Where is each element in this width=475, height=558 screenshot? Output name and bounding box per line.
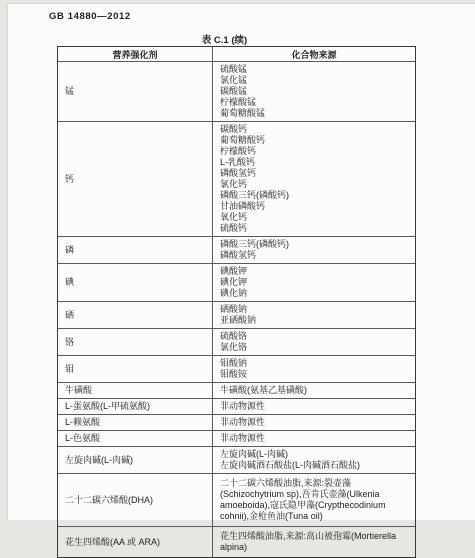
sources-cell: 非动物源性 <box>213 399 415 414</box>
standard-number: GB 14880—2012 <box>49 11 131 22</box>
table-row: 碘碘酸钾碘化钾碘化钠 <box>58 263 415 301</box>
table-row: 牛磺酸牛磺酸(氨基乙基磺酸) <box>58 382 415 398</box>
fortifier-cell: 碘 <box>58 264 213 301</box>
table-body: 锰硫酸锰氯化锰碳酸锰柠檬酸锰葡萄糖酸锰钙碳酸钙葡萄糖酸钙柠檬酸钙L-乳酸钙磷酸氢… <box>58 61 415 520</box>
sources-cell: 硒酸钠亚硒酸钠 <box>213 302 415 328</box>
source-line: 磷酸氢钙 <box>220 168 407 179</box>
source-line: 非动物源性 <box>220 401 407 412</box>
fortifier-cell: L-蛋氨酸(L-甲硫氨酸) <box>58 399 213 414</box>
sources-cell: 二十二碳六烯酸油脂,来源:裂壶藻(Schizochytrium sp),吾肯氏壶… <box>213 474 415 520</box>
sources-cell: 磷酸三钙(磷酸钙)磷酸氢钙 <box>213 237 415 263</box>
table-header-row: 营养强化剂 化合物来源 <box>58 47 415 61</box>
sources-cell: 碳酸钙葡萄糖酸钙柠檬酸钙L-乳酸钙磷酸氢钙氯化钙磷酸三钙(磷酸钙)甘油磷酸钙氧化… <box>213 122 415 236</box>
table-row: 左旋肉碱(L-肉碱)左旋肉碱(L-肉碱)左旋肉碱酒石酸盐(L-肉碱酒石酸盐) <box>58 446 415 473</box>
source-line: 磷酸氢钙 <box>220 250 407 261</box>
table-row: 钙碳酸钙葡萄糖酸钙柠檬酸钙L-乳酸钙磷酸氢钙氯化钙磷酸三钙(磷酸钙)甘油磷酸钙氧… <box>58 121 415 236</box>
compound-source-table: 营养强化剂 化合物来源 锰硫酸锰氯化锰碳酸锰柠檬酸锰葡萄糖酸锰钙碳酸钙葡萄糖酸钙… <box>57 46 416 520</box>
table-row: 铬硫酸铬氯化铬 <box>58 328 415 355</box>
sources-cell: 碘酸钾碘化钾碘化钠 <box>213 264 415 301</box>
header-fortifier: 营养强化剂 <box>58 47 213 61</box>
fortifier-cell: 钼 <box>58 356 213 382</box>
table-row: 锰硫酸锰氯化锰碳酸锰柠檬酸锰葡萄糖酸锰 <box>58 61 415 121</box>
source-line: 左旋肉碱酒石酸盐(L-肉碱酒石酸盐) <box>220 460 407 471</box>
table-row: 二十二碳六烯酸(DHA)二十二碳六烯酸油脂,来源:裂壶藻(Schizochytr… <box>58 473 415 520</box>
source-line: 牛磺酸(氨基乙基磺酸) <box>220 385 407 396</box>
table-row: 磷磷酸三钙(磷酸钙)磷酸氢钙 <box>58 236 415 263</box>
header-compound-source: 化合物来源 <box>213 47 415 61</box>
source-line: 亚硒酸钠 <box>220 315 407 326</box>
source-line: 左旋肉碱(L-肉碱) <box>220 449 407 460</box>
fortifier-cell: 左旋肉碱(L-肉碱) <box>58 447 213 473</box>
source-line: 氯化钙 <box>220 179 407 190</box>
source-line: 葡萄糖酸锰 <box>220 108 407 119</box>
source-line: 二十二碳六烯酸油脂,来源:裂壶藻(Schizochytrium sp),吾肯氏壶… <box>220 478 407 520</box>
source-line: 硫酸钙 <box>220 223 407 234</box>
table-row: L-蛋氨酸(L-甲硫氨酸)非动物源性 <box>58 398 415 414</box>
source-line: 柠檬酸钙 <box>220 146 407 157</box>
sources-cell: 非动物源性 <box>213 415 415 430</box>
fortifier-cell: 牛磺酸 <box>58 383 213 398</box>
fortifier-cell: 硒 <box>58 302 213 328</box>
sources-cell: 左旋肉碱(L-肉碱)左旋肉碱酒石酸盐(L-肉碱酒石酸盐) <box>213 447 415 473</box>
scanned-page: GB 14880—2012 表 C.1 (续) 营养强化剂 化合物来源 锰硫酸锰… <box>7 3 475 520</box>
source-line: 非动物源性 <box>220 417 407 428</box>
sources-cell: 钼酸钠钼酸铵 <box>213 356 415 382</box>
fortifier-cell: 铬 <box>58 329 213 355</box>
table-row: 钼钼酸钠钼酸铵 <box>58 355 415 382</box>
sources-cell: 非动物源性 <box>213 431 415 446</box>
fortifier-cell: 磷 <box>58 237 213 263</box>
fortifier-cell: L-色氨酸 <box>58 431 213 446</box>
sources-cell: 硫酸铬氯化铬 <box>213 329 415 355</box>
source-line: 磷酸三钙(磷酸钙) <box>220 239 407 250</box>
source-line: 硒酸钠 <box>220 304 407 315</box>
table-caption: 表 C.1 (续) <box>57 32 416 46</box>
source-line: 氧化钙 <box>220 212 407 223</box>
table-row: 硒硒酸钠亚硒酸钠 <box>58 301 415 328</box>
source-line: 碘化钾 <box>220 277 407 288</box>
source-line: 磷酸三钙(磷酸钙) <box>220 190 407 201</box>
source-line: 柠檬酸锰 <box>220 97 407 108</box>
fortifier-cell: L-赖氨酸 <box>58 415 213 430</box>
source-line: 钼酸钠 <box>220 358 407 369</box>
source-line: 甘油磷酸钙 <box>220 201 407 212</box>
sources-cell: 牛磺酸(氨基乙基磺酸) <box>213 383 415 398</box>
source-line: 碳酸钙 <box>220 124 407 135</box>
source-line: 碳酸锰 <box>220 86 407 97</box>
fortifier-cell: 二十二碳六烯酸(DHA) <box>58 474 213 520</box>
source-line: 碘酸钾 <box>220 266 407 277</box>
table-row: L-赖氨酸非动物源性 <box>58 414 415 430</box>
source-line: 硫酸铬 <box>220 331 407 342</box>
source-line: 碘化钠 <box>220 288 407 299</box>
source-line: 钼酸铵 <box>220 369 407 380</box>
source-line: 硫酸锰 <box>220 64 407 75</box>
fortifier-cell: 钙 <box>58 122 213 236</box>
source-line: 氯化铬 <box>220 342 407 353</box>
source-line: 氯化锰 <box>220 75 407 86</box>
source-line: L-乳酸钙 <box>220 157 407 168</box>
source-line: 非动物源性 <box>220 433 407 444</box>
source-line: 葡萄糖酸钙 <box>220 135 407 146</box>
sources-cell: 硫酸锰氯化锰碳酸锰柠檬酸锰葡萄糖酸锰 <box>213 62 415 121</box>
fortifier-cell: 锰 <box>58 62 213 121</box>
table-row: L-色氨酸非动物源性 <box>58 430 415 446</box>
